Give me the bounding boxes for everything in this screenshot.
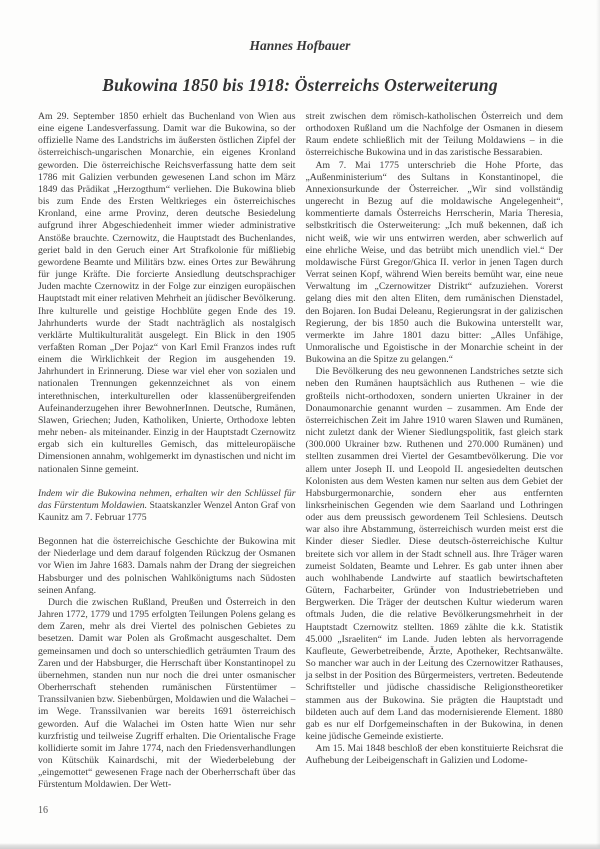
right-column: streit zwischen dem römisch-katholischen… — [306, 111, 564, 791]
scan-bottom-edge-shadow — [0, 843, 600, 849]
body-paragraph: streit zwischen dem römisch-katholischen… — [306, 111, 564, 160]
body-paragraph: Durch die zwischen Rußland, Preußen und … — [38, 597, 296, 792]
author-name: Hannes Hofbauer — [0, 37, 600, 54]
body-paragraph: Begonnen hat die österreichische Geschic… — [38, 536, 296, 597]
scanned-book-page: Hannes Hofbauer Bukowina 1850 bis 1918: … — [0, 0, 600, 849]
scan-right-edge-shadow — [596, 0, 600, 849]
body-paragraph: Am 7. Mai 1775 unterschrieb die Hohe Pfo… — [306, 160, 564, 367]
body-paragraph: Am 29. September 1850 erhielt das Buchen… — [38, 111, 296, 476]
page-title: Bukowina 1850 bis 1918: Österreichs Oste… — [0, 74, 600, 96]
body-paragraph: Am 15. Mai 1848 beschloß der eben konsti… — [306, 743, 564, 767]
epigraph-quote: Indem wir die Bukowina nehmen, erhalten … — [38, 488, 296, 524]
left-column: Am 29. September 1850 erhielt das Buchen… — [38, 111, 296, 791]
two-column-text-block: Am 29. September 1850 erhielt das Buchen… — [0, 111, 600, 791]
page-number: 16 — [38, 805, 48, 816]
body-paragraph: Die Bevölkerung des neu gewonnenen Lands… — [306, 366, 564, 743]
